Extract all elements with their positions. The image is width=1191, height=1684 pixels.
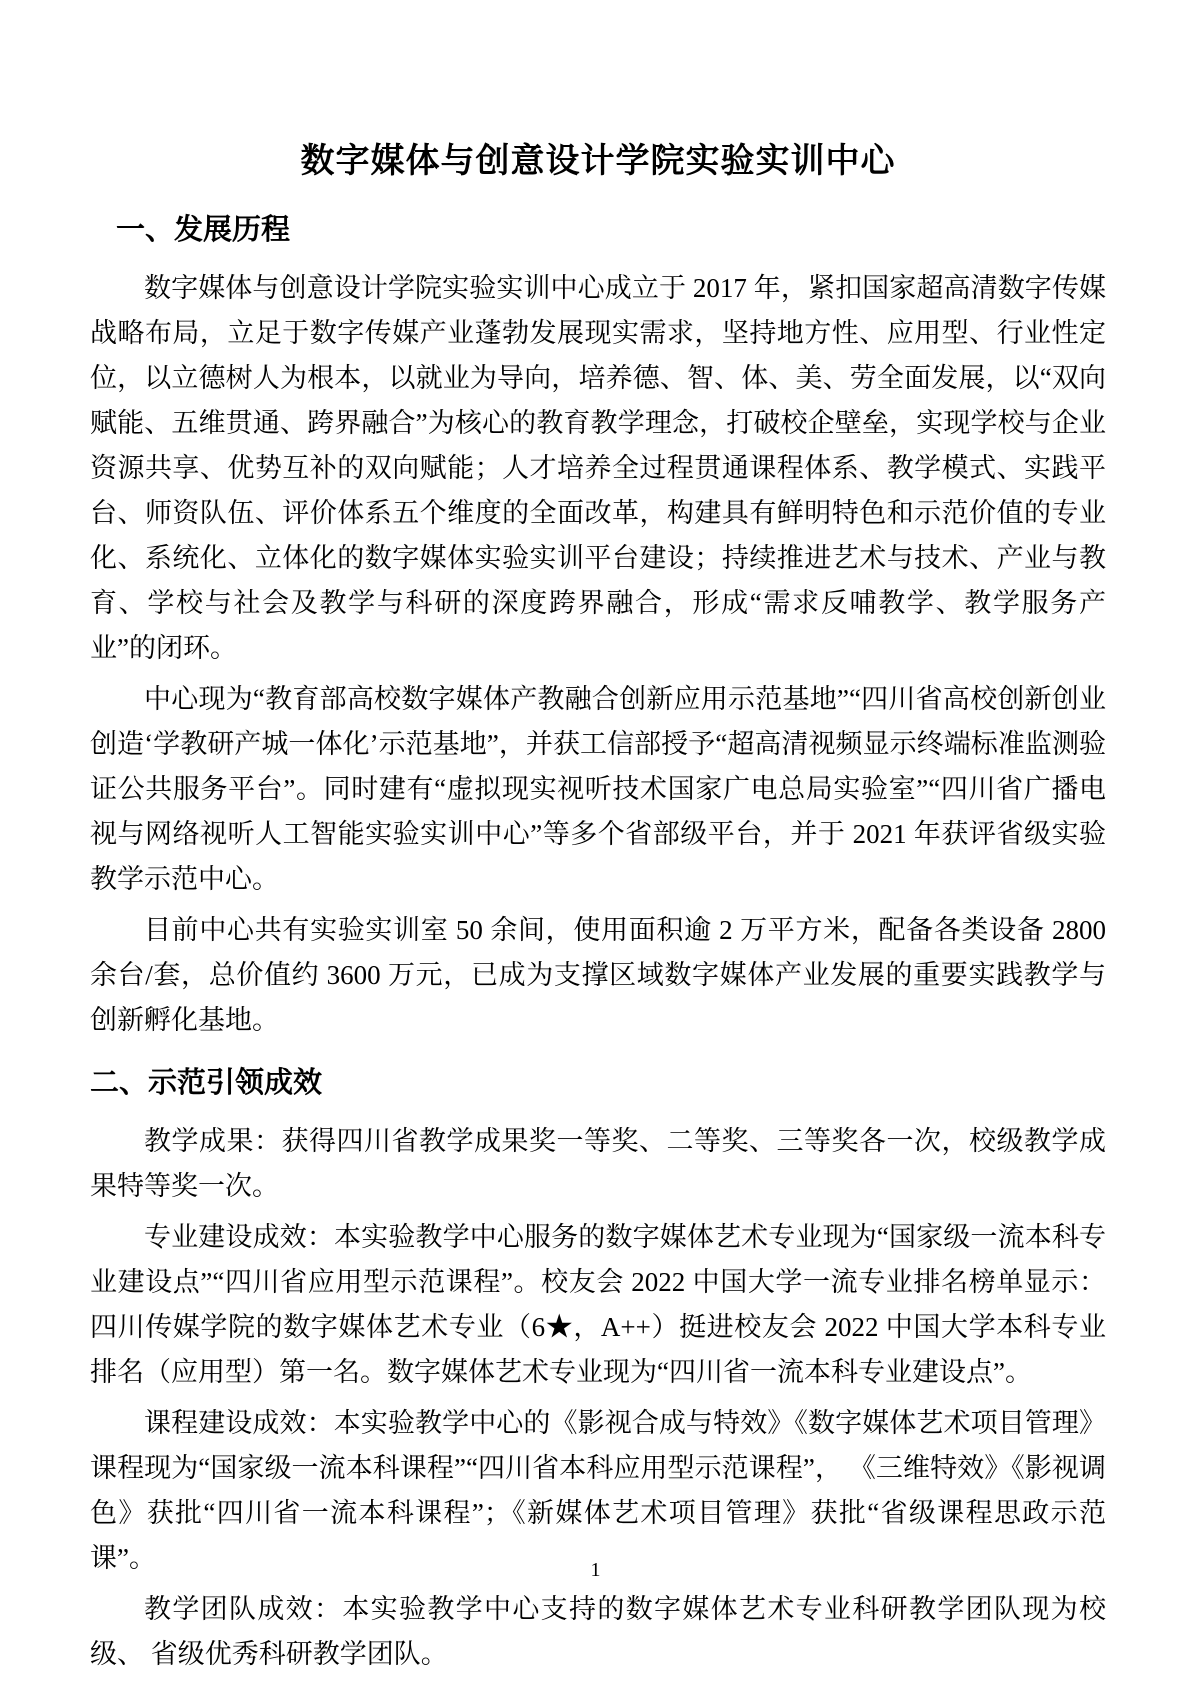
paragraph: 目前中心共有实验实训室 50 余间，使用面积逾 2 万平方米，配备各类设备 28…	[90, 908, 1106, 1043]
section-development-history: 一、发展历程 数字媒体与创意设计学院实验实训中心成立于 2017 年，紧扣国家超…	[90, 210, 1106, 1043]
paragraph: 专业建设成效：本实验教学中心服务的数字媒体艺术专业现为“国家级一流本科专业建设点…	[90, 1215, 1106, 1395]
document-content: 数字媒体与创意设计学院实验实训中心 一、发展历程 数字媒体与创意设计学院实验实训…	[90, 0, 1106, 1683]
section-heading: 一、发展历程	[90, 210, 1106, 250]
page-number: 1	[0, 1558, 1191, 1582]
document-page: 数字媒体与创意设计学院实验实训中心 一、发展历程 数字媒体与创意设计学院实验实训…	[0, 0, 1191, 1684]
paragraph: 中心现为“教育部高校数字媒体产教融合创新应用示范基地”“四川省高校创新创业创造‘…	[90, 677, 1106, 902]
paragraph: 教学团队成效：本实验教学中心支持的数字媒体艺术专业科研教学团队现为校级、 省级优…	[90, 1587, 1106, 1677]
document-title: 数字媒体与创意设计学院实验实训中心	[90, 138, 1106, 186]
paragraph: 数字媒体与创意设计学院实验实训中心成立于 2017 年，紧扣国家超高清数字传媒战…	[90, 266, 1106, 671]
section-demonstration-results: 二、示范引领成效 教学成果：获得四川省教学成果奖一等奖、二等奖、三等奖各一次，校…	[90, 1063, 1106, 1677]
paragraph: 课程建设成效：本实验教学中心的《影视合成与特效》《数字媒体艺术项目管理》课程现为…	[90, 1401, 1106, 1581]
section-heading: 二、示范引领成效	[90, 1063, 1106, 1103]
paragraph: 教学成果：获得四川省教学成果奖一等奖、二等奖、三等奖各一次，校级教学成果特等奖一…	[90, 1119, 1106, 1209]
